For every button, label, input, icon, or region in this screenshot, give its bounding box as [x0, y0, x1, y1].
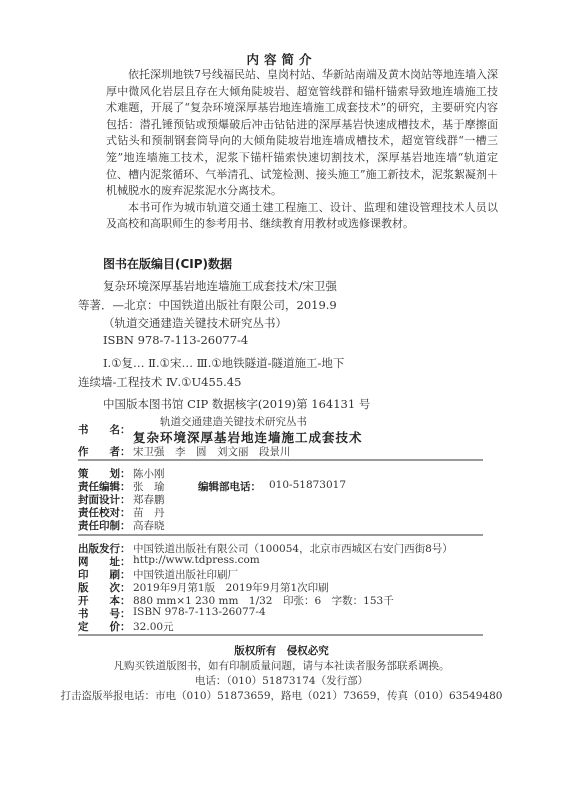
- pub-value: ISBN 978-7-113-26077-4: [133, 606, 266, 618]
- intro-title: 内容简介: [0, 50, 563, 68]
- cip-line: 等著．—北京：中国铁道出版社有限公司，2019.9: [78, 297, 337, 313]
- intro-body: 依托深圳地铁7号线福民站、皇岗村站、华新站南端及黄木岗站等地连墙入深厚中微风化岩…: [106, 67, 498, 233]
- rights-title: 版权所有 侵权必究: [0, 643, 563, 658]
- authors: 宋卫强 李 圆 刘文丽 段景川: [133, 444, 291, 459]
- staff-value: 高春晓: [133, 518, 165, 533]
- intro-paragraph: 依托深圳地铁7号线福民站、皇岗村站、华新站南端及黄木岗站等地连墙入深厚中微风化岩…: [106, 67, 498, 200]
- editorial-phone-value: 010-51873017: [269, 479, 346, 491]
- staff-label: 责任印制：: [78, 518, 131, 533]
- divider: [78, 459, 483, 461]
- cip-line: 连续墙-工程技术 Ⅳ.①U455.45: [78, 374, 241, 390]
- rights-line: 凡购买铁道版图书，如有印制质量问题，请与本社读者服务部联系调换。: [0, 658, 563, 673]
- author-label: 作 者：: [78, 444, 131, 459]
- pub-value: 32.00元: [133, 619, 174, 634]
- cip-isbn: ISBN 978-7-113-26077-4: [103, 333, 248, 347]
- cip-line: 复杂环境深厚基岩地连墙施工成套技术/宋卫强: [103, 278, 337, 294]
- cip-number: 中国版本图书馆 CIP 数据核字(2019)第 164131 号: [103, 396, 370, 412]
- title-label: 书 名：: [78, 422, 131, 437]
- intro-paragraph: 本书可作为城市轨道交通土建工程施工、设计、监理和建设管理技术人员以及高校和高职师…: [106, 200, 498, 233]
- editorial-phone-label: 编辑部电话：: [198, 479, 261, 494]
- pub-label: 定 价：: [78, 619, 131, 634]
- rights-line: 打击盗版举报电话：市电（010）51873659，路电（021）73659，传真…: [0, 688, 563, 703]
- rights-line: 电话：（010）51873174（发行部）: [0, 673, 563, 688]
- copyright-page: 内容简介 依托深圳地铁7号线福民站、皇岗村站、华新站南端及黄木岗站等地连墙入深厚…: [0, 0, 563, 799]
- series-name: 轨道交通建造关键技术研究丛书: [160, 414, 307, 429]
- cip-line: （轨道交通建造关键技术研究丛书）: [103, 315, 287, 331]
- divider: [78, 534, 483, 536]
- divider: [78, 634, 483, 636]
- website-link[interactable]: http://www.tdpress.com: [133, 554, 260, 566]
- cip-title: 图书在版编目(CIP)数据: [103, 255, 232, 272]
- cip-line: Ⅰ.①复… Ⅱ.①宋… Ⅲ.①地铁隧道-隧道施工-地下: [103, 355, 344, 371]
